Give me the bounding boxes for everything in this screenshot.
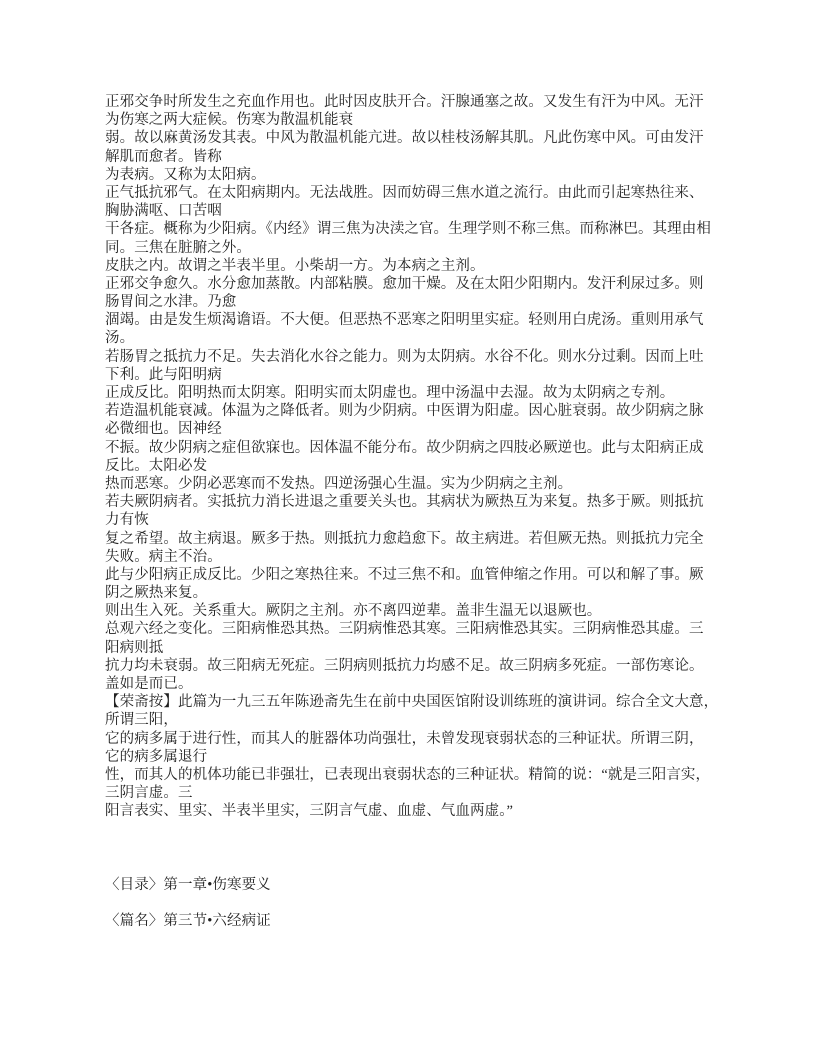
body-text-line: 必微细也。因神经 <box>105 420 730 438</box>
body-text-line: 热而恶寒。少阴必恶寒而不发热。四逆汤强心生温。实为少阴病之主剂。 <box>105 475 730 493</box>
body-text-line: 正邪交争时所发生之充血作用也。此时因皮肤开合。汗腺通塞之故。又发生有汗为中风。无… <box>105 93 730 111</box>
body-text-line: 阳病则抵 <box>105 639 730 657</box>
body-text-line: 肠胃间之水津。乃愈 <box>105 293 730 311</box>
body-text-line: 【荣斋按】此篇为一九三五年陈逊斋先生在前中央国医馆附设训练班的演讲词。综合全文大… <box>105 693 730 711</box>
body-text-line: 为表病。又称为太阳病。 <box>105 166 730 184</box>
body-text-line: 为伤寒之两大症候。伤寒为散温机能衰 <box>105 111 730 129</box>
body-text-line: 失败。病主不治。 <box>105 548 730 566</box>
body-text-line: 则出生入死。关系重大。厥阴之主剂。亦不离四逆辈。盖非生温无以退厥也。 <box>105 602 730 620</box>
body-text-line: 汤。 <box>105 329 730 347</box>
document-page: 正邪交争时所发生之充血作用也。此时因皮肤开合。汗腺通塞之故。又发生有汗为中风。无… <box>0 0 816 1056</box>
body-text-line: 它的病多属于进行性，而其人的脏器体功尚强壮，未曾发现衰弱状态的三种证状。所谓三阴… <box>105 730 730 748</box>
body-text-line: 盖如是而已。 <box>105 675 730 693</box>
body-text-line: 复之希望。故主病退。厥多于热。则抵抗力愈趋愈下。故主病进。若但厥无热。则抵抗力完… <box>105 530 730 548</box>
body-text-line: 总观六经之变化。三阳病惟恐其热。三阴病惟恐其寒。三阳病惟恐其实。三阴病惟恐其虚。… <box>105 620 730 638</box>
body-text-line: 所谓三阳， <box>105 711 730 729</box>
body-text-line: 反比。太阳必发 <box>105 457 730 475</box>
body-text-line: 同。三焦在脏腑之外。 <box>105 239 730 257</box>
body-text-line: 正成反比。阳明热而太阴寒。阳明实而太阴虚也。理中汤温中去湿。故为太阴病之专剂。 <box>105 384 730 402</box>
body-text-line: 若造温机能衰减。体温为之降低者。则为少阴病。中医谓为阳虚。因心脏衰弱。故少阴病之… <box>105 402 730 420</box>
body-text-line: 若肠胃之抵抗力不足。失去消化水谷之能力。则为太阴病。水谷不化。则水分过剩。因而上… <box>105 348 730 366</box>
body-text-line: 阳言表实、里实、半表半里实，三阴言气虚、血虚、气血两虚。” <box>105 802 730 820</box>
body-text-line: 抗力均未衰弱。故三阳病无死症。三阴病则抵抗力均感不足。故三阴病多死症。一部伤寒论… <box>105 657 730 675</box>
body-text-line: 性，而其人的机体功能已非强壮，已表现出衰弱状态的三种证状。精简的说：“就是三阳言… <box>105 766 730 784</box>
body-text-line: 力有恢 <box>105 511 730 529</box>
body-text-line: 它的病多属退行 <box>105 748 730 766</box>
body-text-line: 三阴言虚。三 <box>105 784 730 802</box>
body-text-block: 正邪交争时所发生之充血作用也。此时因皮肤开合。汗腺通塞之故。又发生有汗为中风。无… <box>105 93 730 821</box>
toc-chapter-line: 〈目录〉第一章•伤寒要义 <box>105 876 271 894</box>
body-text-line: 正邪交争愈久。水分愈加蒸散。内部粘膜。愈加干燥。及在太阳少阳期内。发汗利尿过多。… <box>105 275 730 293</box>
body-text-line: 胸胁满呕、口苦咽 <box>105 202 730 220</box>
body-text-line: 皮肤之内。故谓之半表半里。小柴胡一方。为本病之主剂。 <box>105 257 730 275</box>
body-text-line: 涸竭。由是发生烦渴谵语。不大便。但恶热不恶寒之阳明里实症。轻则用白虎汤。重则用承… <box>105 311 730 329</box>
body-text-line: 阴之厥热来复。 <box>105 584 730 602</box>
body-text-line: 不振。故少阴病之症但欲寐也。因体温不能分布。故少阴病之四肢必厥逆也。此与太阳病正… <box>105 439 730 457</box>
body-text-line: 弱。故以麻黄汤发其表。中风为散温机能亢进。故以桂枝汤解其肌。凡此伤寒中风。可由发… <box>105 129 730 147</box>
body-text-line: 正气抵抗邪气。在太阳病期内。无法战胜。因而妨碍三焦水道之流行。由此而引起寒热往来… <box>105 184 730 202</box>
body-text-line: 干各症。概称为少阳病。《内经》谓三焦为决渎之官。生理学则不称三焦。而称淋巴。其理… <box>105 220 730 238</box>
body-text-line: 解肌而愈者。皆称 <box>105 148 730 166</box>
section-title-line: 〈篇名〉第三节•六经病证 <box>105 912 271 930</box>
body-text-line: 此与少阳病正成反比。少阳之寒热往来。不过三焦不和。血管伸缩之作用。可以和解了事。… <box>105 566 730 584</box>
body-text-line: 下利。此与阳明病 <box>105 366 730 384</box>
body-text-line: 若夫厥阴病者。实抵抗力消长进退之重要关头也。其病状为厥热互为来复。热多于厥。则抵… <box>105 493 730 511</box>
